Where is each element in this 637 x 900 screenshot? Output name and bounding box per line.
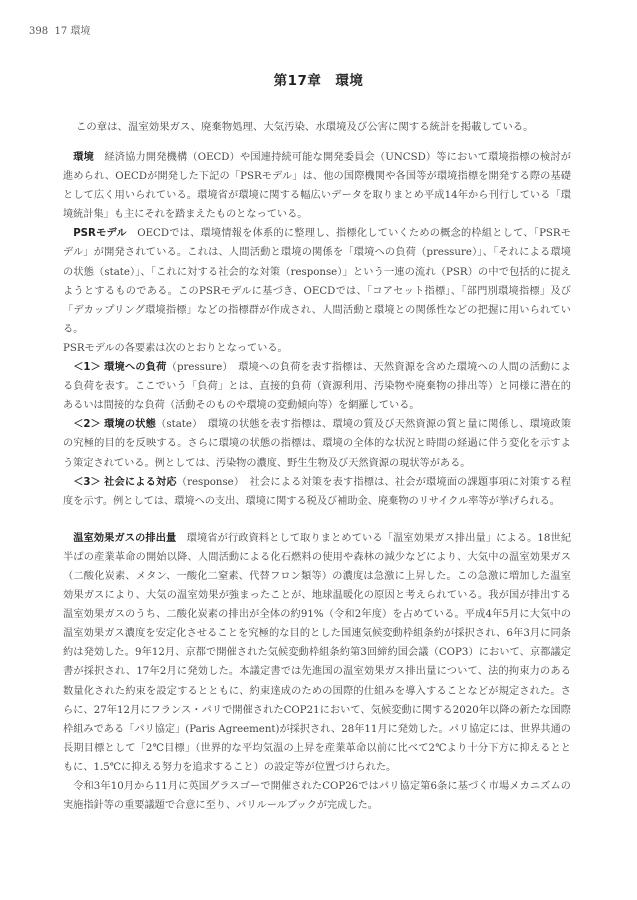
heading-ghg-emissions: 温室効果ガスの排出量 [73,533,176,544]
psr-item-response: ＜3＞ 社会による対応（response） 社会による対策を表す指標は、社会が環… [63,473,571,511]
item-number: ＜2＞ [73,419,100,430]
heading-psr-model: PSRモデル [73,228,127,239]
chapter-title: 第17章 環境 [0,69,637,89]
document-body: 環境 経済協力開発機構（OECD）や国連持続可能な開発委員会（UNCSD）等にお… [63,148,571,815]
paragraph-psr-model: PSRモデル OECDでは、環境情報を体系的に整理し、指標化していくための概念的… [63,224,571,339]
text-ghg-emissions: 環境省が行政資料として取りまとめている「温室効果ガス排出量」による。18世紀半ば… [63,533,571,773]
text-environment: 経済協力開発機構（OECD）や国連持続可能な開発委員会（UNCSD）等において環… [63,152,571,220]
section-spacer [63,511,571,529]
item-english: （pressure） [167,362,228,373]
page-number: 398 [29,26,48,37]
item-heading: 環境の状態 [104,419,156,430]
chapter-intro: この章は、温室効果ガス、廃棄物処理、大気汚染、水環境及び公害に関する統計を掲載し… [76,118,534,133]
item-heading: 社会による対応 [104,477,177,488]
item-english: （state） [156,419,197,430]
text-psr-model: OECDでは、環境情報を体系的に整理し、指標化していくための概念的枠組として、「… [63,228,571,334]
heading-environment: 環境 [73,152,94,163]
running-title: 17 環境 [54,26,90,37]
paragraph-environment: 環境 経済協力開発機構（OECD）や国連持続可能な開発委員会（UNCSD）等にお… [63,148,571,224]
paragraph-cop26: 令和3年10月から11月に英国グラスゴーで開催されたCOP26ではパリ協定第6条… [63,777,571,815]
paragraph-ghg-emissions: 温室効果ガスの排出量 環境省が行政資料として取りまとめている「温室効果ガス排出量… [63,529,571,777]
running-header: 398 17 環境 [29,22,90,37]
psr-item-pressure: ＜1＞ 環境への負荷（pressure） 環境への負荷を表す指標は、天然資源を含… [63,358,571,415]
item-number: ＜3＞ [73,477,100,488]
item-heading: 環境への負荷 [104,362,166,373]
psr-elements-intro: PSRモデルの各要素は次のとおりとなっている。 [63,339,571,358]
item-number: ＜1＞ [73,362,100,373]
psr-item-state: ＜2＞ 環境の状態（state） 環境の状態を表す指標は、環境の質及び天然資源の… [63,415,571,472]
item-english: （response） [177,477,239,488]
